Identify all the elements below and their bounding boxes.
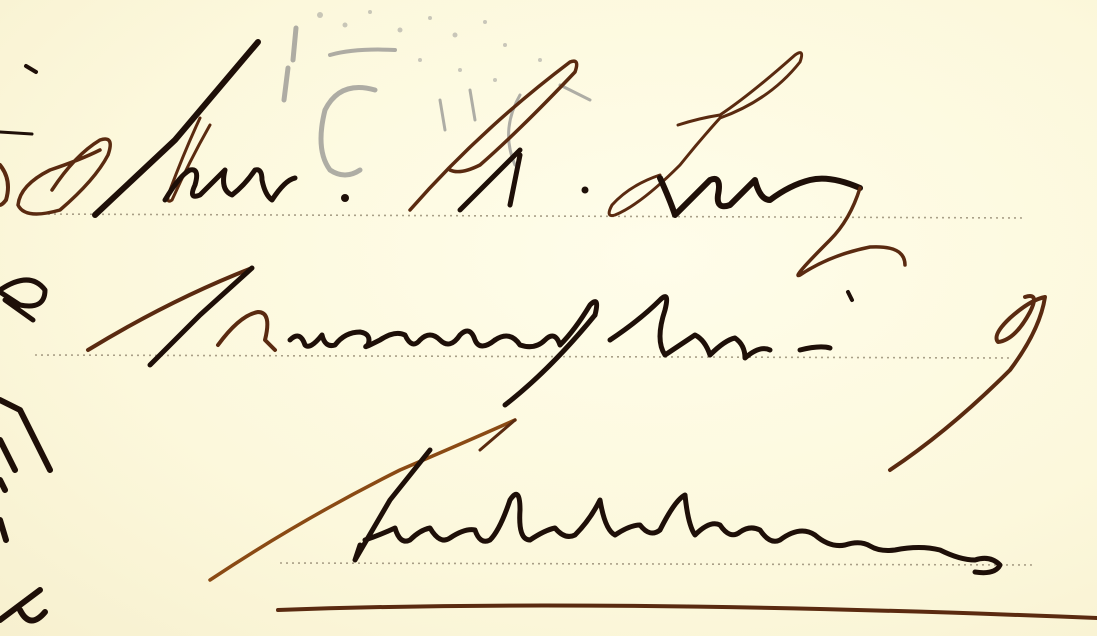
- guide-lines: [30, 214, 1035, 565]
- address-line-3-handwriting: [210, 420, 1097, 618]
- handwriting-canvas: [0, 0, 1097, 636]
- period-dot: [341, 194, 349, 202]
- guide-line-2: [35, 355, 1012, 358]
- underline: [278, 606, 1097, 619]
- guide-line-3: [280, 563, 1035, 565]
- postmark-stamp: [284, 10, 590, 175]
- period-dot: [582, 187, 589, 194]
- guide-line-1: [30, 214, 1025, 218]
- envelope-sheet: Mevr. A. Lanz Museumplein 9 Amsterdam 6: [0, 0, 1097, 636]
- address-line-1-handwriting: [18, 42, 905, 276]
- address-line-2-handwriting: [88, 268, 1045, 470]
- left-edge-fragments: [0, 66, 50, 621]
